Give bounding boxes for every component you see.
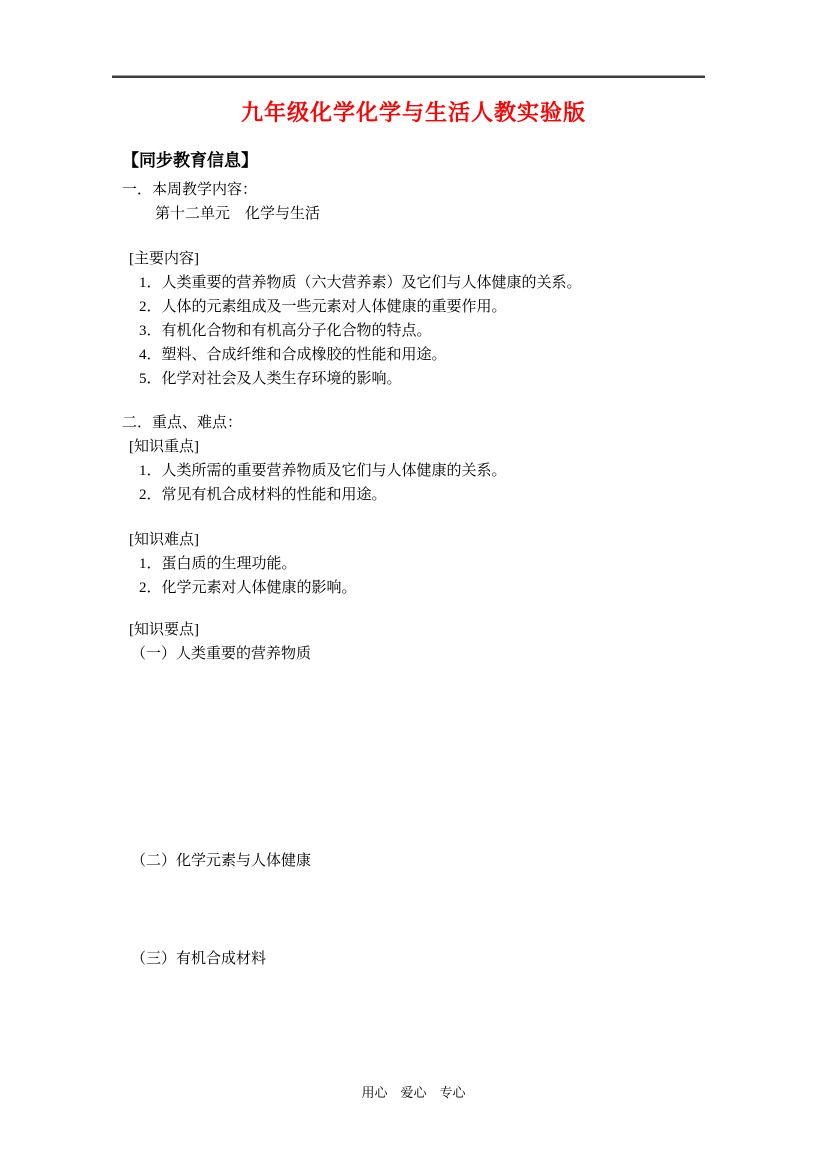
main-content-item: 3．有机化合物和有机高分子化合物的特点。 <box>139 319 722 343</box>
spacer <box>122 600 722 618</box>
week-content-text: 第十二单元 化学与生活 <box>155 202 722 226</box>
outline-point-synthetic-materials: （三）有机合成材料 <box>131 947 722 971</box>
label-knowledge-outline: [知识要点] <box>129 618 722 642</box>
knowledge-difficult-point-item: 2．化学元素对人体健康的影响。 <box>139 576 722 600</box>
label-knowledge-difficult-points: [知识难点] <box>129 528 722 552</box>
spacer <box>122 873 722 947</box>
spacer <box>122 226 722 247</box>
section-heading-sync-info: 【同步教育信息】 <box>122 148 722 174</box>
main-content-item: 2．人体的元素组成及一些元素对人体健康的重要作用。 <box>139 295 722 319</box>
label-main-content: [主要内容] <box>129 247 722 271</box>
document-page: 九年级化学化学与生活人教实验版 【同步教育信息】 一．本周教学内容： 第十二单元… <box>0 0 827 1170</box>
knowledge-difficult-point-item: 1．蛋白质的生理功能。 <box>139 552 722 576</box>
spacer <box>122 507 722 528</box>
document-body: 【同步教育信息】 一．本周教学内容： 第十二单元 化学与生活 [主要内容] 1．… <box>122 148 722 971</box>
knowledge-key-point-item: 2．常见有机合成材料的性能和用途。 <box>139 483 722 507</box>
main-content-item: 4．塑料、合成纤维和合成橡胶的性能和用途。 <box>139 343 722 367</box>
heading-week-content: 一．本周教学内容： <box>122 178 722 202</box>
main-content-item: 1．人类重要的营养物质（六大营养素）及它们与人体健康的关系。 <box>139 271 722 295</box>
outline-point-elements-health: （二）化学元素与人体健康 <box>131 849 722 873</box>
top-horizontal-rule <box>112 75 705 78</box>
outline-point-nutrition: （一）人类重要的营养物质 <box>131 642 722 666</box>
page-footer-text: 用心 爱心 专心 <box>0 1085 827 1101</box>
page-title: 九年级化学化学与生活人教实验版 <box>0 96 827 127</box>
heading-key-difficult-points: 二．重点、难点： <box>122 411 722 435</box>
knowledge-key-point-item: 1．人类所需的重要营养物质及它们与人体健康的关系。 <box>139 459 722 483</box>
spacer <box>122 666 722 849</box>
spacer <box>122 391 722 411</box>
label-knowledge-key-points: [知识重点] <box>129 435 722 459</box>
main-content-item: 5．化学对社会及人类生存环境的影响。 <box>139 367 722 391</box>
